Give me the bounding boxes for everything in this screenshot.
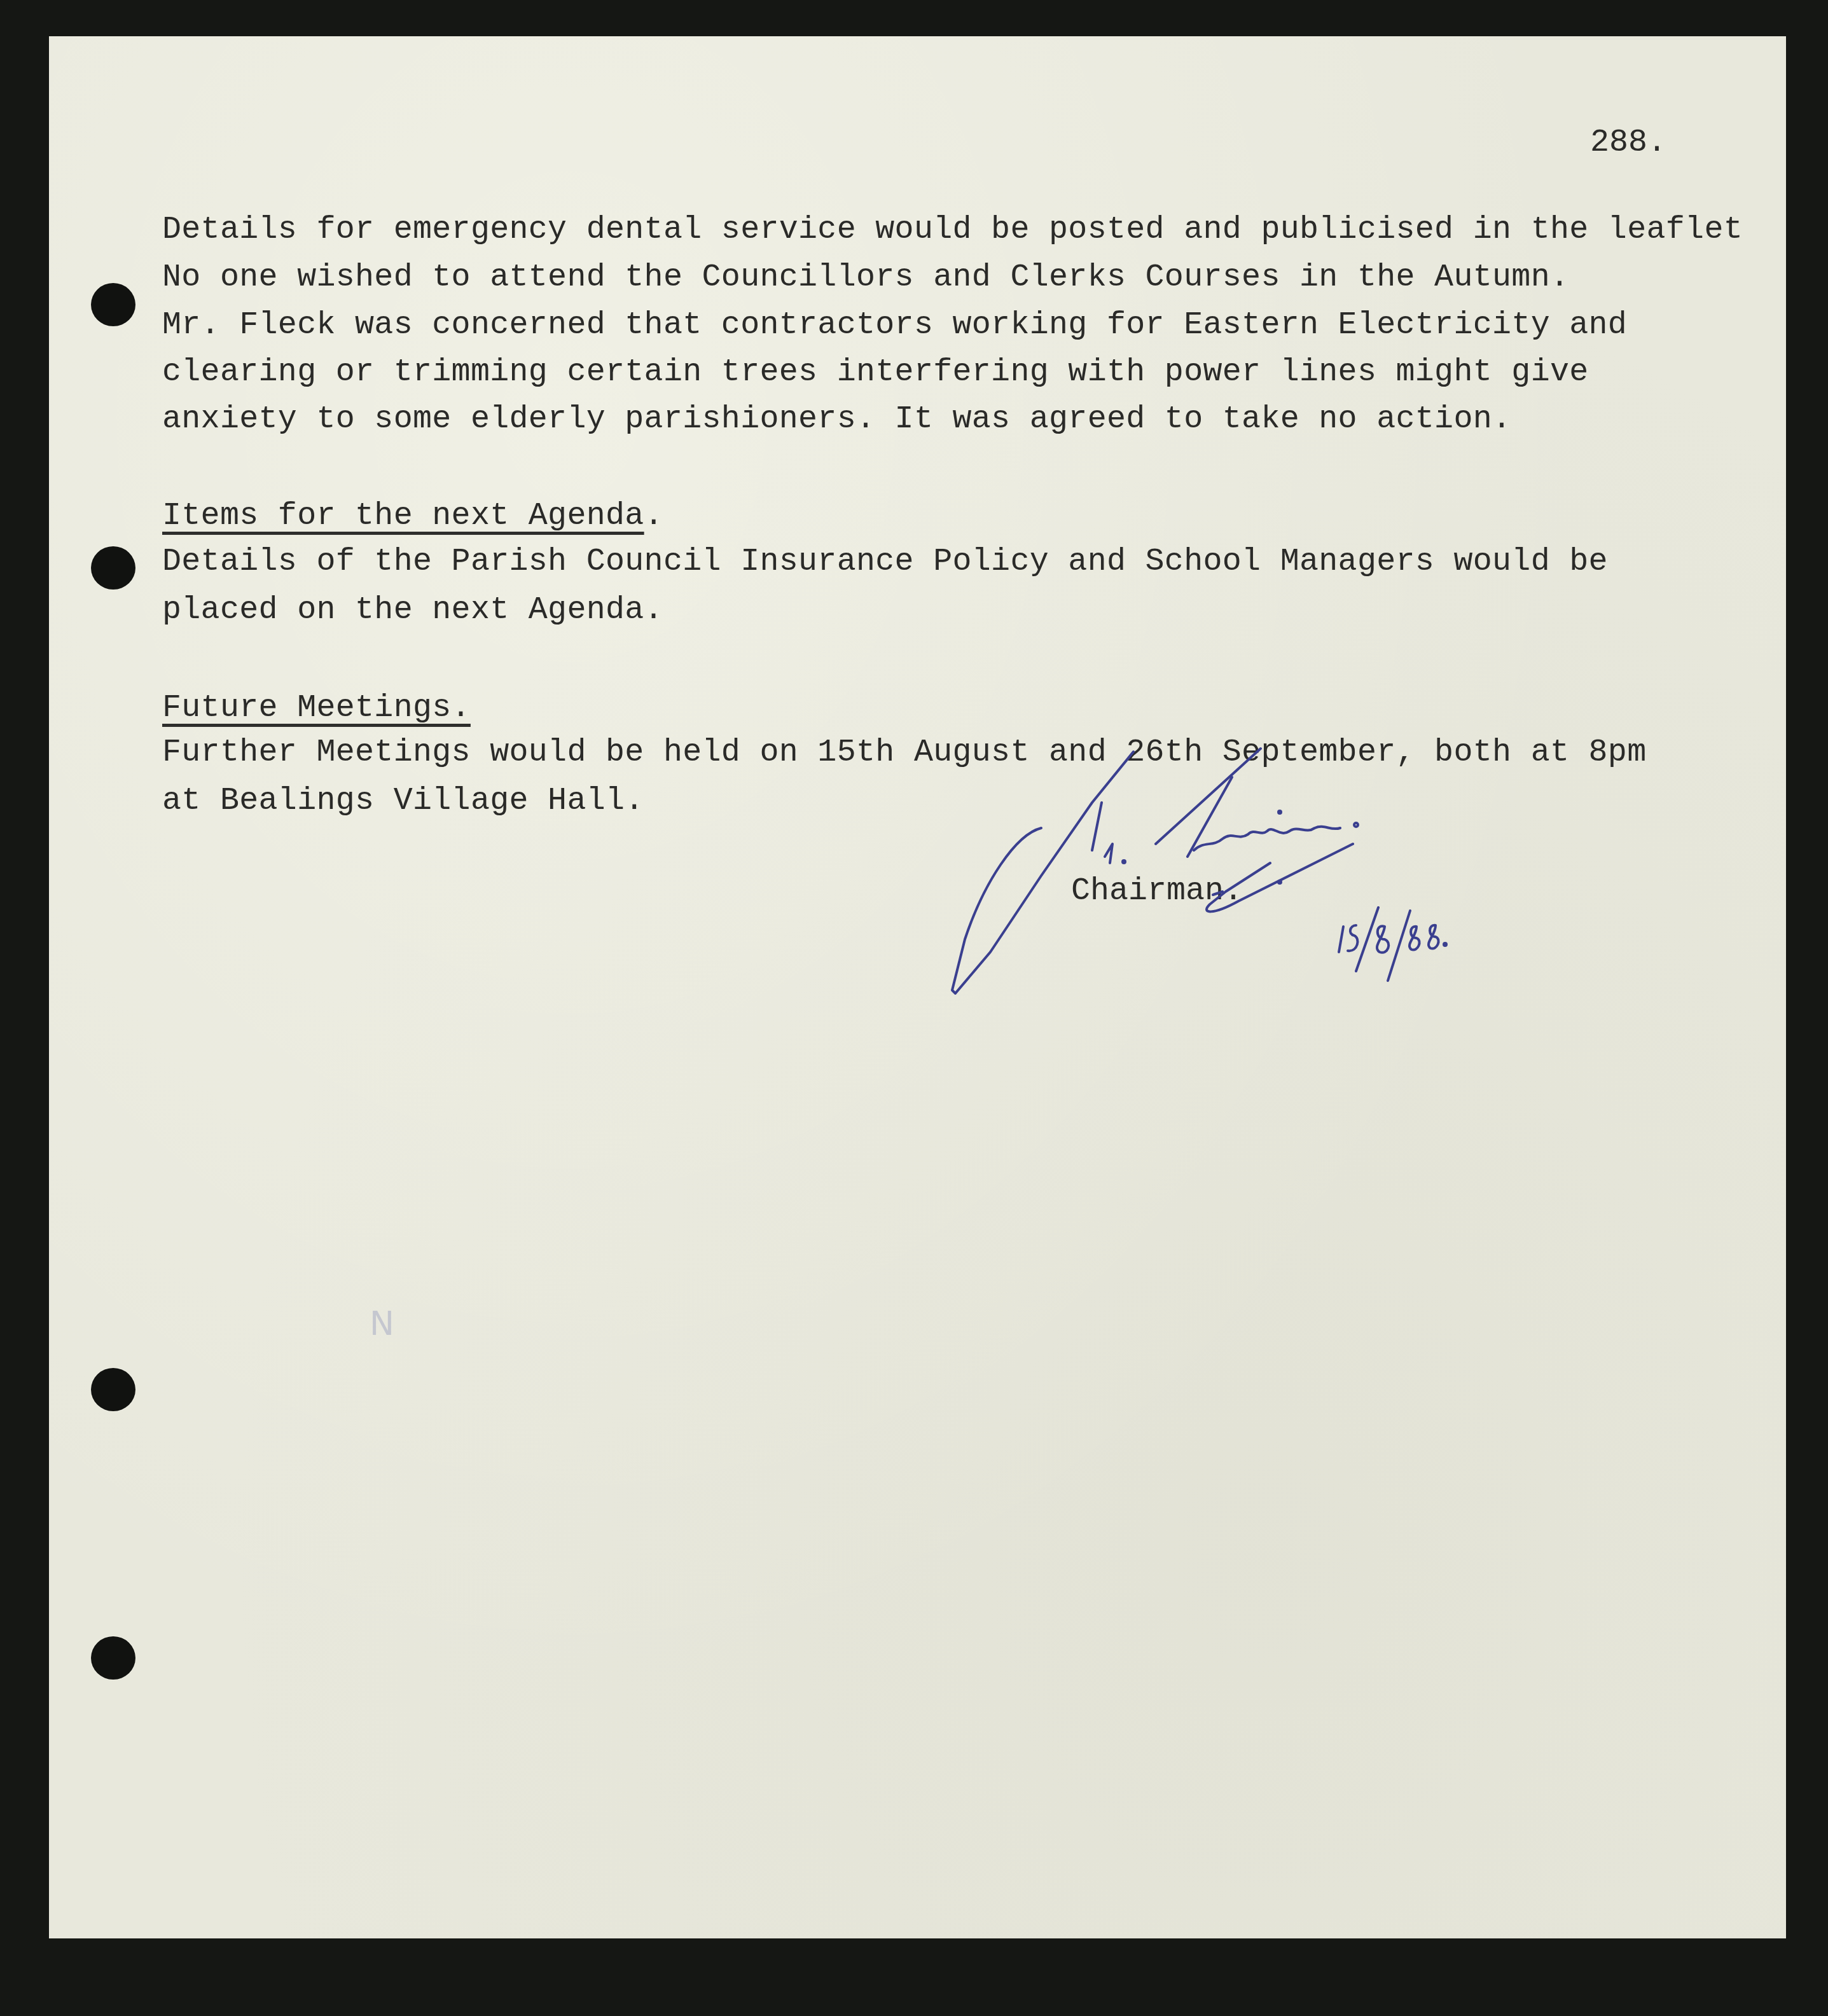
signature-icon	[49, 36, 1786, 1938]
document-page: 288. Details for emergency dental servic…	[49, 36, 1786, 1938]
